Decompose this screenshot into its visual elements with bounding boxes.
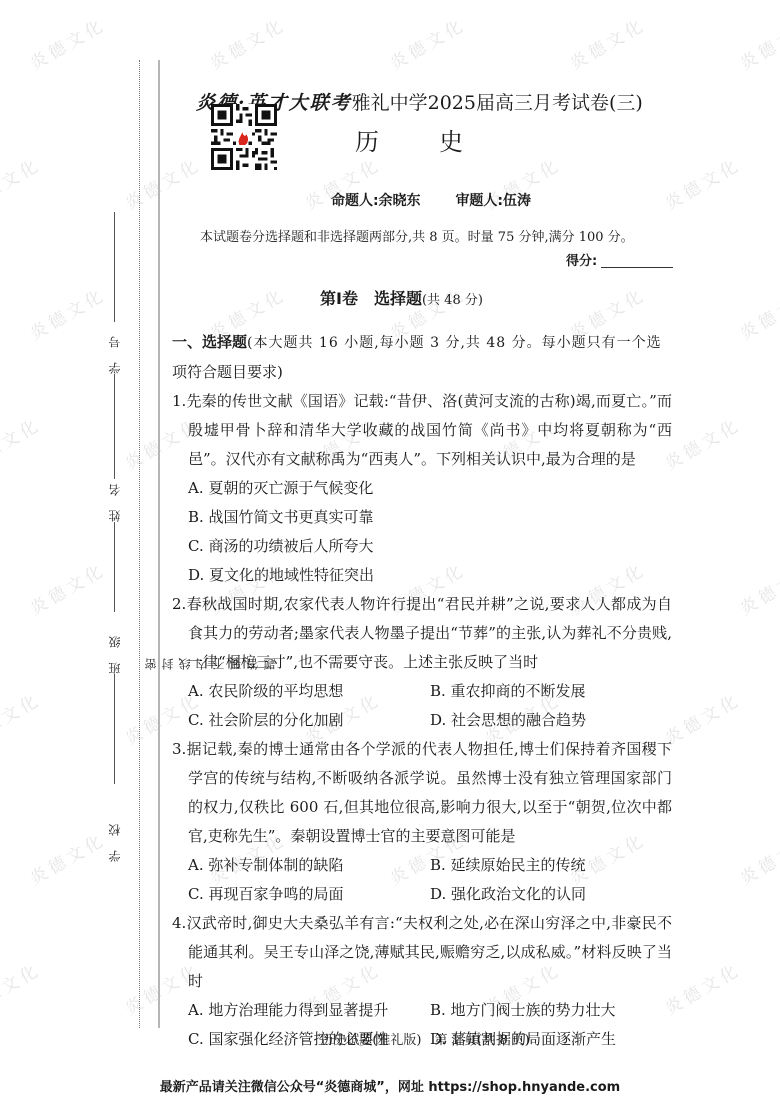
qr-code-icon[interactable] xyxy=(211,104,277,170)
watermark: 炎德文化 xyxy=(0,411,45,475)
watermark: 炎德文化 xyxy=(659,411,744,475)
student-id-field[interactable]: 学号 xyxy=(100,212,128,479)
watermark: 炎德文化 xyxy=(0,956,45,1020)
option-row: C. 社会阶层的分化加剧 D. 社会思想的融合趋势 xyxy=(172,706,672,735)
question-number: 4. xyxy=(172,914,186,932)
question-text: 汉武帝时,御史大夫桑弘羊有言:“夫权利之处,必在深山穷泽之中,非豪民不能通其利。… xyxy=(186,914,672,990)
watermark: 炎德文化 xyxy=(734,826,780,890)
option-b[interactable]: B. 地方门阀士族的势力壮大 xyxy=(430,996,672,1025)
student-id-blank-lower[interactable] xyxy=(114,374,115,479)
option-c[interactable]: C. 社会阶层的分化加剧 xyxy=(188,706,430,735)
option-c[interactable]: C. 再现百家争鸣的局面 xyxy=(188,880,430,909)
option-c[interactable]: C. 商汤的功绩被后人所夸大 xyxy=(172,532,672,561)
section-heading: 一、选择题(本大题共 16 小题,每小题 3 分,共 48 分。每小题只有一个选 xyxy=(172,328,672,358)
question-text: 春秋战国时期,农家代表人物许行提出“君民并耕”之说,要求人人都成为自食其力的劳动… xyxy=(186,595,672,671)
question-text: 先秦的传世文献《国语》记载:“昔伊、洛(黄河支流的古称)竭,而夏亡。”而殷墟甲骨… xyxy=(186,392,672,468)
section-heading-title: 一、选择题 xyxy=(172,333,247,351)
watermark: 炎德文化 xyxy=(204,11,289,75)
watermark: 炎德文化 xyxy=(24,281,109,345)
option-row: A. 地方治理能力得到显著提升 B. 地方门阀士族的势力壮大 xyxy=(172,996,672,1025)
question-number: 1. xyxy=(172,392,186,410)
watermark: 炎德文化 xyxy=(734,556,780,620)
class-label: 班级 xyxy=(106,622,123,674)
question-number: 2. xyxy=(172,595,186,613)
option-d[interactable]: D. 社会思想的融合趋势 xyxy=(430,706,672,735)
question-stem: 3.据记载,秦的博士通常由各个学派的代表人物担任,博士们保持着齐国稷下学宫的传统… xyxy=(172,735,672,851)
seal-line-notice: 密 封 线 内 不 要 答 题 xyxy=(142,380,156,680)
promo-banner[interactable]: 最新产品请关注微信公众号“炎德商城”，网址 https://shop.hnyan… xyxy=(0,1076,780,1095)
exam-intro: 本试题卷分选择题和非选择题两部分,共 8 页。时量 75 分钟,满分 100 分… xyxy=(200,226,634,245)
class-blank[interactable] xyxy=(114,674,115,784)
page-footer: 历史试题(雅礼版) 第 1 页(共 8 页) xyxy=(0,1029,780,1048)
watermark: 炎德文化 xyxy=(24,11,109,75)
option-d[interactable]: D. 夏文化的地域性特征突出 xyxy=(172,561,672,590)
watermark: 炎德文化 xyxy=(24,556,109,620)
watermark: 炎德文化 xyxy=(24,826,109,890)
option-a[interactable]: A. 弥补专制体制的缺陷 xyxy=(188,851,430,880)
option-a[interactable]: A. 地方治理能力得到显著提升 xyxy=(188,996,430,1025)
question-stem: 1.先秦的传世文献《国语》记载:“昔伊、洛(黄河支流的古称)竭,而夏亡。”而殷墟… xyxy=(172,387,672,474)
option-b[interactable]: B. 战国竹简文书更真实可靠 xyxy=(172,503,672,532)
part-title-text: 第Ⅰ卷 选择题 xyxy=(320,289,422,308)
question-2: 2.春秋战国时期,农家代表人物许行提出“君民并耕”之说,要求人人都成为自食其力的… xyxy=(172,590,672,735)
watermark: 炎德文化 xyxy=(659,956,744,1020)
name-blank[interactable] xyxy=(114,522,115,612)
score-label: 得分: xyxy=(566,254,597,269)
score-field[interactable]: 得分: xyxy=(566,250,673,269)
option-d[interactable]: D. 强化政治文化的认同 xyxy=(430,880,672,909)
question-1: 1.先秦的传世文献《国语》记载:“昔伊、洛(黄河支流的古称)竭,而夏亡。”而殷墟… xyxy=(172,387,672,590)
questions-section: 一、选择题(本大题共 16 小题,每小题 3 分,共 48 分。每小题只有一个选… xyxy=(172,328,672,1054)
option-row: C. 再现百家争鸣的局面 D. 强化政治文化的认同 xyxy=(172,880,672,909)
question-3: 3.据记载,秦的博士通常由各个学派的代表人物担任,博士们保持着齐国稷下学宫的传统… xyxy=(172,735,672,909)
score-blank[interactable] xyxy=(601,255,673,268)
name-field[interactable]: 姓名 xyxy=(100,470,128,612)
school-label: 学校 xyxy=(106,810,123,862)
section-instructions-cont: 项符合题目要求) xyxy=(172,358,672,387)
option-a[interactable]: A. 农民阶级的平均思想 xyxy=(188,677,430,706)
option-row: A. 弥补专制体制的缺陷 B. 延续原始民主的传统 xyxy=(172,851,672,880)
section-instructions: (本大题共 16 小题,每小题 3 分,共 48 分。每小题只有一个选 xyxy=(247,335,662,351)
watermark: 炎德文化 xyxy=(659,686,744,750)
author-label: 命题人:余晓东 xyxy=(331,193,421,209)
student-id-label: 学号 xyxy=(106,322,123,374)
question-text: 据记载,秦的博士通常由各个学派的代表人物担任,博士们保持着齐国稷下学宫的传统与结… xyxy=(186,740,672,845)
exam-title-text: 雅礼中学2025届高三月考试卷(三) xyxy=(352,92,643,114)
question-stem: 2.春秋战国时期,农家代表人物许行提出“君民并耕”之说,要求人人都成为自食其力的… xyxy=(172,590,672,677)
student-id-blank[interactable] xyxy=(114,212,115,322)
watermark: 炎德文化 xyxy=(564,11,649,75)
option-b[interactable]: B. 延续原始民主的传统 xyxy=(430,851,672,880)
name-label: 姓名 xyxy=(106,470,123,522)
question-stem: 4.汉武帝时,御史大夫桑弘羊有言:“夫权利之处,必在深山穷泽之中,非豪民不能通其… xyxy=(172,909,672,996)
watermark: 炎德文化 xyxy=(734,281,780,345)
seal-char: 密 xyxy=(142,390,159,670)
option-row: A. 农民阶级的平均思想 B. 重农抑商的不断发展 xyxy=(172,677,672,706)
reviewer-label: 审题人:伍涛 xyxy=(455,193,531,209)
option-a[interactable]: A. 夏朝的灭亡源于气候变化 xyxy=(172,474,672,503)
watermark: 炎德文化 xyxy=(0,686,45,750)
part-title: 第Ⅰ卷 选择题(共 48 分) xyxy=(320,286,483,309)
subject-title: 历史 xyxy=(355,122,523,157)
class-field[interactable]: 班级 xyxy=(100,622,128,784)
watermark: 炎德文化 xyxy=(734,11,780,75)
school-field[interactable]: 学校 xyxy=(100,810,128,862)
question-number: 3. xyxy=(172,740,186,758)
authors-line: 命题人:余晓东 审题人:伍涛 xyxy=(0,190,780,210)
part-points: (共 48 分) xyxy=(422,293,483,308)
option-b[interactable]: B. 重农抑商的不断发展 xyxy=(430,677,672,706)
watermark: 炎德文化 xyxy=(384,11,469,75)
